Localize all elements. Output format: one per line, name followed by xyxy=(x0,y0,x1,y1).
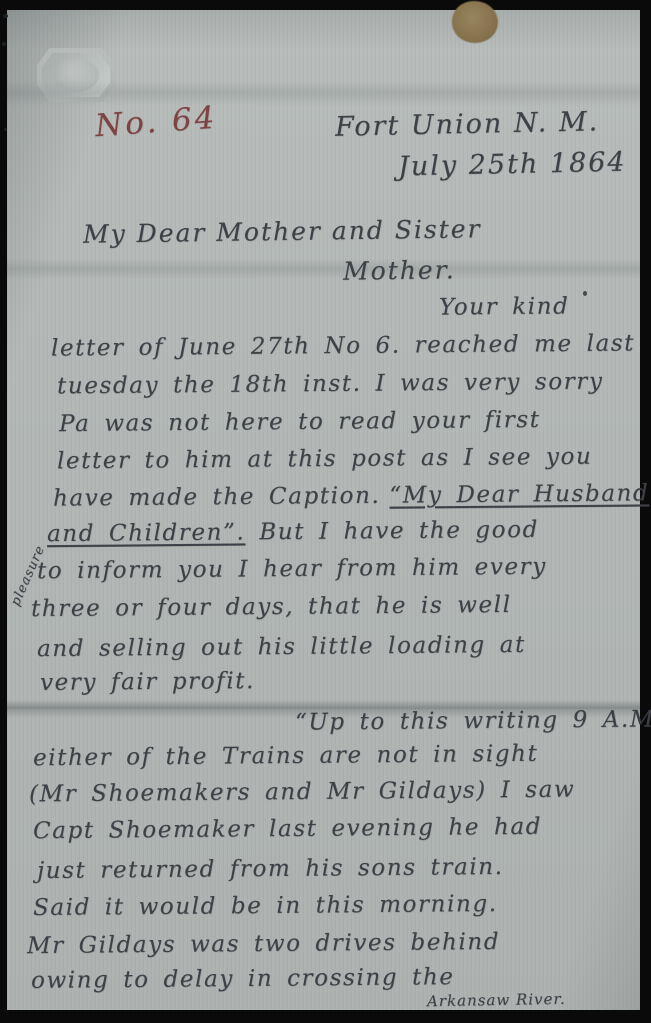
letter-line: letter of June 27th No 6. reached me las… xyxy=(51,330,635,361)
heading-date: July 25th 1864 xyxy=(398,147,627,183)
letter-line-children: and Children”.But I have the good xyxy=(47,517,539,547)
letter-line: very fair profit. xyxy=(40,668,255,696)
scan-speck xyxy=(2,42,6,46)
letter-line-river: Arkansaw River. xyxy=(427,990,566,1010)
scan-speck xyxy=(4,128,7,131)
scan-speck xyxy=(583,291,587,296)
letter-line: Said it would be in this morning. xyxy=(33,891,498,921)
letter-paper: No. 64 Fort Union N. M. July 25th 1864 M… xyxy=(7,10,640,1010)
letter-line: letter to him at this post as I see you xyxy=(57,444,593,475)
letter-line: tuesday the 18th inst. I was very sorry xyxy=(57,369,604,400)
heading-place: Fort Union N. M. xyxy=(335,106,600,143)
letter-line: (Mr Shoemakers and Mr Gildays) I saw xyxy=(29,777,575,808)
salutation-line: My Dear Mother and Sister xyxy=(83,214,482,249)
letter-line: either of the Trains are not in sight xyxy=(33,741,539,771)
letter-line: Capt Shoemaker last evening he had xyxy=(33,814,542,844)
letter-line: three or four days, that he is well xyxy=(31,592,512,622)
scan-speck xyxy=(3,14,8,18)
letter-line: and selling out his little loading at xyxy=(37,632,526,662)
underlined-phrase-husband: “My Dear Husband xyxy=(389,480,649,508)
children-line-text: But I have the good xyxy=(259,517,539,545)
ink-stain xyxy=(452,1,498,43)
embossed-seal xyxy=(37,48,115,102)
letter-line-caption: have made the Caption.“My Dear Husband xyxy=(53,480,650,511)
letter-number-annotation: No. 64 xyxy=(94,100,219,144)
letter-line: Mr Gildays was two drives behind xyxy=(27,929,500,959)
sub-salutation: Mother. xyxy=(343,255,456,286)
letter-line: Pa was not here to read your first xyxy=(59,407,541,437)
letter-line: owing to delay in crossing the xyxy=(31,964,455,994)
underlined-phrase-children: and Children”. xyxy=(47,519,246,547)
letter-line: just returned from his sons train. xyxy=(37,854,504,884)
letter-line: to inform you I hear from him every xyxy=(37,554,547,584)
letter-line: “Up to this writing 9 A.M. xyxy=(295,706,651,735)
embossed-seal-center xyxy=(53,58,99,92)
fold-crease-upper xyxy=(7,258,640,280)
caption-line-text: have made the Caption. xyxy=(53,483,381,512)
letter-line: Your kind xyxy=(439,293,570,320)
